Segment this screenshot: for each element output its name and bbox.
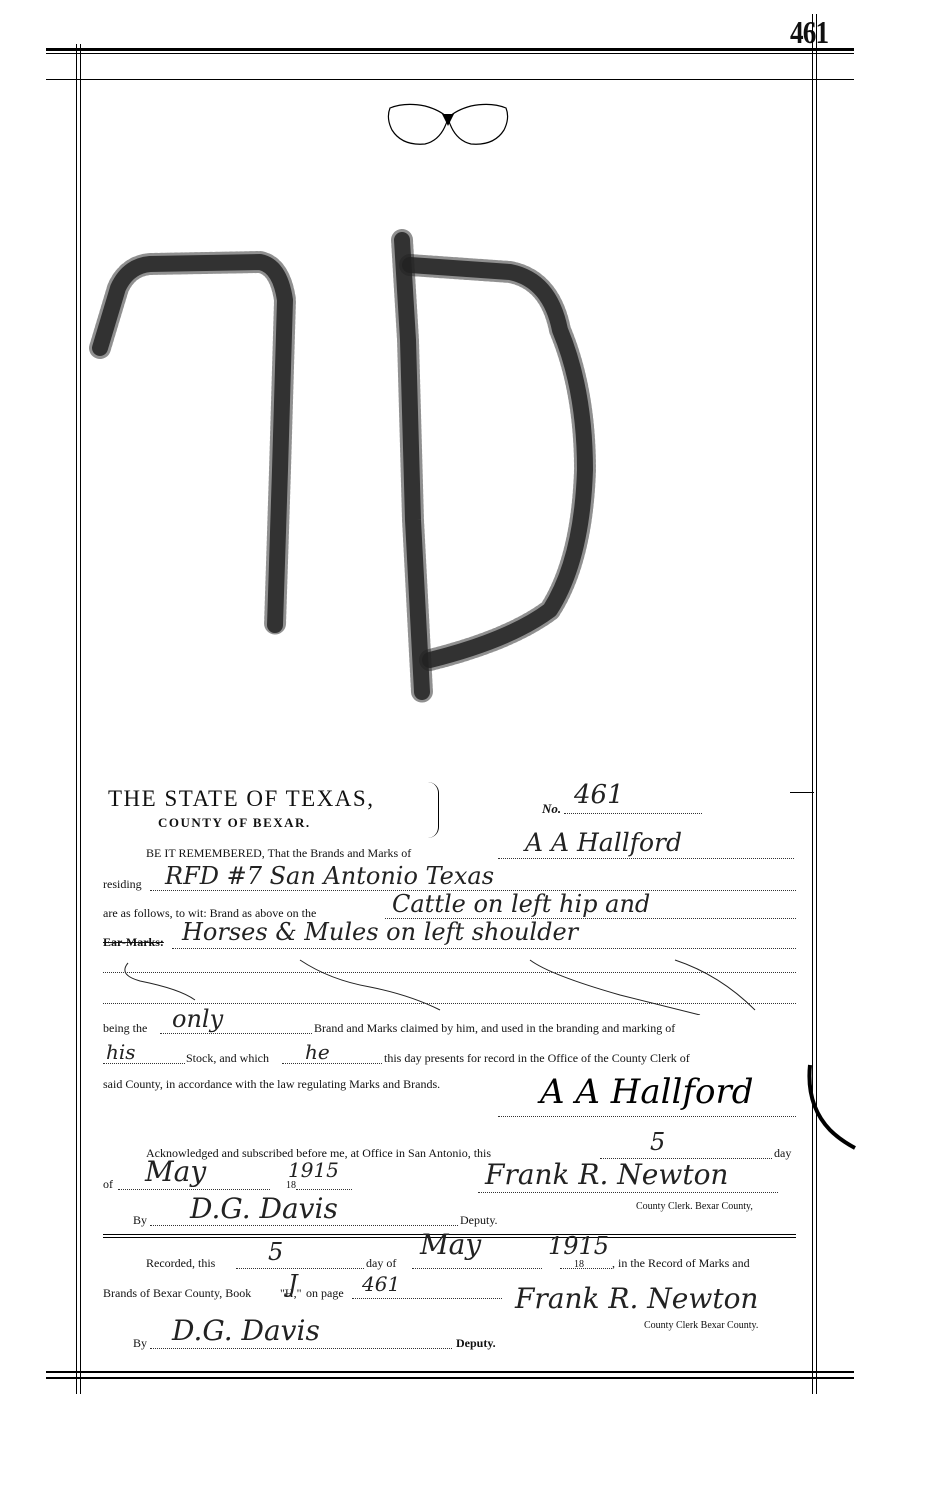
he-line — [282, 1063, 382, 1064]
recorded-day-line — [236, 1268, 364, 1269]
bottom-rule-2 — [46, 1377, 854, 1379]
form-subtitle: COUNTY OF BEXAR. — [158, 815, 311, 831]
record-no-line — [564, 813, 702, 814]
brand-drawing — [80, 220, 820, 720]
recorded-label: Recorded, this — [146, 1256, 215, 1271]
ear-mark-icon — [380, 100, 516, 150]
ack-year-value: 1915 — [288, 1158, 339, 1182]
ack-deputy-label: Deputy. — [460, 1213, 498, 1228]
presents-text: this day presents for record in the Offi… — [384, 1051, 690, 1066]
recorded-clerk-signature: Frank R. Newton — [515, 1282, 758, 1315]
brands-text: Brands of Bexar County, Book — [103, 1286, 251, 1301]
record-no-label: No. — [542, 801, 561, 817]
brand-location-2: Horses & Mules on left shoulder — [182, 918, 578, 946]
record-no-value: 461 — [574, 780, 624, 810]
ear-marks-line — [172, 948, 796, 949]
accordance-text: said County, in accordance with the law … — [103, 1077, 440, 1092]
recorded-year-value: 1915 — [548, 1232, 609, 1260]
on-page-label: on page — [306, 1286, 344, 1301]
ear-marks-label: Ear-Marks: — [103, 935, 164, 950]
recorded-deputy-label: Deputy. — [456, 1336, 496, 1351]
page-line — [352, 1298, 502, 1299]
recorded-month-value: May — [420, 1228, 481, 1261]
recorded-year-line — [560, 1268, 612, 1269]
remembered-text: BE IT REMEMBERED, That the Brands and Ma… — [146, 846, 411, 861]
owner-signature: A A Hallford — [540, 1072, 753, 1112]
page-value: 461 — [362, 1272, 400, 1296]
ack-clerk-line — [478, 1192, 778, 1193]
claim-text: Brand and Marks claimed by him, and used… — [314, 1021, 675, 1036]
ack-month-value: May — [145, 1155, 206, 1188]
ack-clerk-signature: Frank R. Newton — [485, 1158, 728, 1191]
left-margin-rule — [76, 44, 77, 1394]
top-rule-thin — [46, 53, 854, 54]
ack-clerk-title: County Clerk. Bexar County, — [636, 1201, 753, 1212]
stock-label: Stock, and which — [186, 1051, 269, 1066]
residence-value: RFD #7 San Antonio Texas — [165, 862, 494, 890]
recorded-clerk-title: County Clerk Bexar County. — [644, 1320, 758, 1331]
ack-deputy-signature: D.G. Davis — [190, 1192, 338, 1225]
top-rule-lower — [46, 79, 854, 80]
only-value: only — [172, 1005, 223, 1033]
his-value: his — [106, 1040, 136, 1064]
he-value: he — [305, 1040, 330, 1064]
recorded-deputy-line — [150, 1348, 452, 1349]
ack-day-label: day — [774, 1146, 791, 1161]
ack-month-line — [118, 1189, 270, 1190]
signature-flourish — [780, 1060, 860, 1160]
recorded-by-label: By — [133, 1336, 147, 1351]
record-text: , in the Record of Marks and — [612, 1256, 750, 1271]
top-rule-thick — [46, 48, 854, 51]
ack-deputy-line — [150, 1225, 458, 1226]
ack-by-label: By — [133, 1213, 147, 1228]
brace-decoration — [428, 782, 439, 838]
owner-line — [498, 858, 794, 859]
being-the-label: being the — [103, 1021, 147, 1036]
owner-signature-line — [498, 1116, 796, 1117]
margin-tick — [790, 792, 814, 793]
recorded-day-of-label: day of — [366, 1256, 396, 1271]
ack-day-value: 5 — [650, 1128, 665, 1156]
brand-location-1: Cattle on left hip and — [392, 890, 650, 918]
owner-name: A A Hallford — [525, 828, 682, 857]
ack-year-line — [296, 1189, 352, 1190]
page-number: 461 — [790, 14, 828, 51]
recorded-deputy-signature: D.G. Davis — [172, 1314, 320, 1347]
bottom-rule-1 — [46, 1371, 854, 1373]
only-line — [160, 1033, 312, 1034]
residing-label: residing — [103, 877, 142, 892]
book-value: J — [288, 1270, 298, 1298]
ack-of-label: of — [103, 1177, 113, 1192]
recorded-month-line — [412, 1268, 542, 1269]
recorded-day-value: 5 — [268, 1238, 283, 1266]
form-title: THE STATE OF TEXAS, — [108, 786, 374, 812]
